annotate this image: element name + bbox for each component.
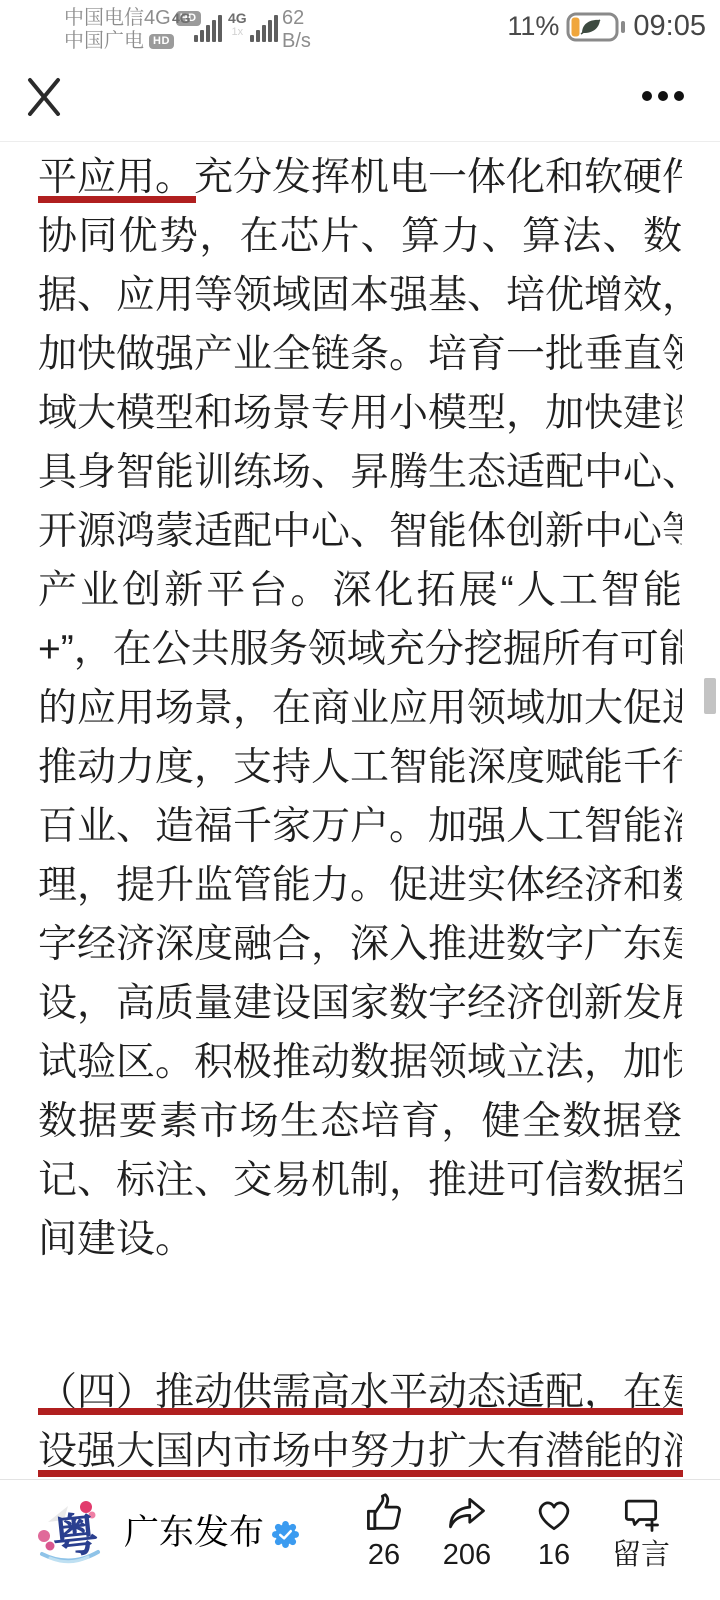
share-button[interactable]: 206 [423, 1492, 511, 1572]
comment-label: 留言 [597, 1538, 685, 1572]
article-text-line: 开源鸿蒙适配中心、智能体创新中心等 [38, 502, 682, 561]
carrier-2-label: 中国广电 [64, 30, 144, 53]
share-count: 206 [423, 1538, 511, 1572]
article-body: 平应用。充分发挥机电一体化和软硬件协同优势，在芯片、算力、算法、数据、应用等领域… [38, 148, 682, 1481]
battery-percent-label: 11% [507, 11, 559, 42]
more-options-button[interactable] [640, 84, 688, 108]
ellipsis-icon [640, 89, 686, 103]
highlight-underline [38, 1408, 683, 1415]
comment-button[interactable]: 留言 [597, 1492, 685, 1572]
hd-badge-2: HD [149, 34, 174, 49]
article-text-line: 设，高质量建设国家数字经济创新发展 [38, 974, 682, 1033]
paragraph-gap [38, 1269, 682, 1363]
article-text-line: 间建设。 [38, 1210, 682, 1269]
net-speed-value: 62 [282, 7, 311, 30]
article-text-line: 记、标注、交易机制，推进可信数据空 [38, 1151, 682, 1210]
paragraph-1: 平应用。充分发挥机电一体化和软硬件协同优势，在芯片、算力、算法、数据、应用等领域… [38, 148, 682, 1269]
article-text-line: 理，提升监管能力。促进实体经济和数 [38, 856, 682, 915]
article-text-line: 协同优势，在芯片、算力、算法、数 [38, 207, 682, 266]
signal-sim2-icon: 4G 1x [228, 11, 278, 42]
account-avatar[interactable]: 粤 [30, 1494, 110, 1574]
network-speed: 62 B/s [282, 7, 311, 53]
clock-label: 09:05 [633, 10, 706, 43]
sim2-net-label: 4G [228, 11, 247, 25]
favorite-button[interactable]: 16 [510, 1492, 598, 1572]
signal-bars-icon [194, 11, 222, 42]
favorite-count: 16 [510, 1538, 598, 1572]
paragraph-2: （四）推动供需高水平动态适配，在建设强大国内市场中努力扩大有潜能的消 [38, 1363, 682, 1481]
battery-saver-icon [566, 12, 626, 42]
article-text-line: 推动力度，支持人工智能深度赋能千行 [38, 738, 682, 797]
status-right-cluster: 11% 09:05 [507, 10, 706, 43]
highlight-underline [38, 196, 196, 203]
comment-plus-icon [619, 1492, 663, 1536]
account-name[interactable]: 广东发布 [124, 1513, 264, 1553]
scrollbar-thumb[interactable] [704, 678, 716, 714]
footer-bar: 粤 广东发布 26 [0, 1479, 720, 1600]
like-count: 26 [340, 1538, 428, 1572]
article-text-line: 的应用场景，在商业应用领域加大促进 [38, 679, 682, 738]
article-text-line: +”，在公共服务领域充分挖掘所有可能 [38, 620, 682, 679]
article-text-line: 据、应用等领域固本强基、培优增效， [38, 266, 682, 325]
article-text-line: 字经济深度融合，深入推进数字广东建 [38, 915, 682, 974]
header-divider [0, 141, 720, 142]
article-text-line: 加快做强产业全链条。培育一批垂直领 [38, 325, 682, 384]
signal-bars-icon [250, 11, 278, 42]
account-logo-icon: 粤 [30, 1494, 110, 1574]
close-button[interactable] [24, 76, 64, 116]
article-text-line: 试验区。积极推动数据领域立法，加快 [38, 1033, 682, 1092]
net-speed-unit: B/s [282, 30, 311, 53]
sim2-sub-label: 1x [232, 27, 244, 38]
thumbs-up-icon [362, 1492, 406, 1536]
heart-icon [532, 1492, 576, 1536]
share-arrow-icon [445, 1492, 489, 1536]
article-text-line: 数据要素市场生态培育，健全数据登 [38, 1092, 682, 1151]
article-text-line: 产业创新平台。深化拓展“人工智能 [38, 561, 682, 620]
phone-screen: 中国电信4G HD 中国广电 HD 4G 4G 1x 62 [0, 0, 720, 1600]
close-icon [24, 76, 64, 116]
carrier-1-label: 中国电信4G [64, 7, 171, 30]
verified-badge-icon [272, 1521, 299, 1548]
signal-sim1-icon: 4G [172, 11, 222, 42]
article-text-line: 具身智能训练场、昇腾生态适配中心、 [38, 443, 682, 502]
article-text-line: 域大模型和场景专用小模型，加快建设 [38, 384, 682, 443]
like-button[interactable]: 26 [340, 1492, 428, 1572]
highlight-underline [38, 1470, 683, 1477]
sim1-net-label: 4G [172, 11, 191, 25]
svg-text:粤: 粤 [49, 1506, 100, 1565]
article-text-line: 百业、造福千家万户。加强人工智能治 [38, 797, 682, 856]
